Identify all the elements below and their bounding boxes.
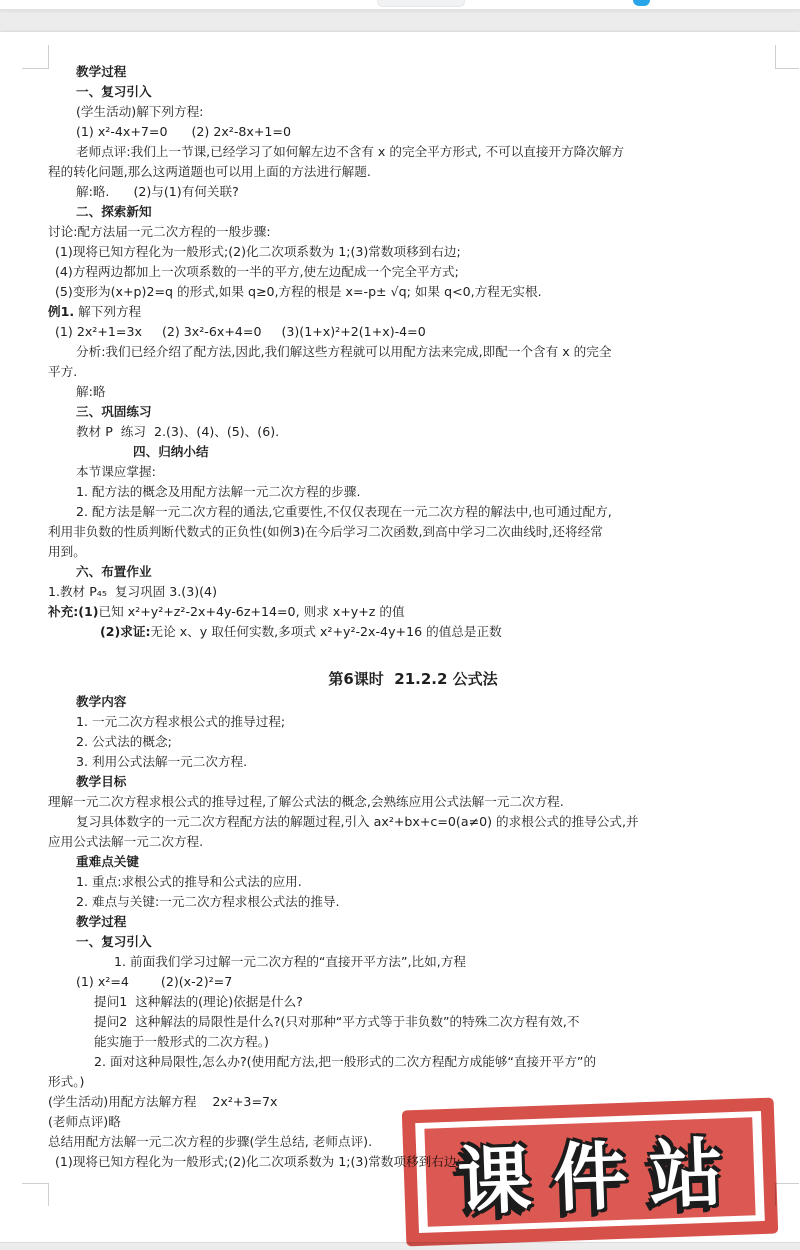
doc-line: 1. 重点:求根公式的推导和公式法的应用. — [48, 872, 778, 892]
doc-line: (1) 2x²+1=3x (2) 3x²-6x+4=0 (3)(1+x)²+2(… — [48, 322, 778, 342]
doc-line: 理解一元二次方程求根公式的推导过程,了解公式法的概念,会熟练应用公式法解一元二次… — [48, 792, 778, 812]
doc-line: 二、探索新知 — [48, 202, 778, 222]
doc-line: 复习具体数字的一元二次方程配方法的解题过程,引入 ax²+bx+c=0(a≠0)… — [48, 812, 778, 832]
doc-line: 解:略. (2)与(1)有何关联? — [48, 182, 778, 202]
text-boundary-mark-top-right — [775, 45, 799, 69]
doc-line: 六、布置作业 — [48, 562, 778, 582]
lesson-title: 第6课时 21.2.2 公式法 — [48, 666, 778, 692]
doc-line: 用到。 — [48, 542, 778, 562]
doc-line-bold-prefix: (2)求证: — [100, 624, 151, 639]
doc-line: 教学内容 — [48, 692, 778, 712]
doc-line: 分析:我们已经介绍了配方法,因此,我们解这些方程就可以用配方法来完成,即配一个含… — [48, 342, 778, 362]
bottom-strip — [0, 1242, 800, 1250]
doc-line: 补充:(1)已知 x²+y²+z²-2x+4y-6z+14=0, 则求 x+y+… — [48, 602, 778, 622]
doc-line: (5)变形为(x+p)2=q 的形式,如果 q≥0,方程的根是 x=-p± √q… — [48, 282, 778, 302]
text-boundary-mark-bottom-right — [775, 1183, 799, 1206]
doc-line: 教学目标 — [48, 772, 778, 792]
doc-line: (1) x²=4 (2)(x-2)²=7 — [48, 972, 778, 992]
doc-line: 提问2 这种解法的局限性是什么?(只对那种“平方式等于非负数”的特殊二次方程有效… — [48, 1012, 778, 1032]
doc-line: 提问1 这种解法的(理论)依据是什么? — [48, 992, 778, 1012]
doc-line: 利用非负数的性质判断代数式的正负性(如例3)在今后学习二次函数,到高中学习二次曲… — [48, 522, 778, 542]
doc-line: 四、归纳小结 — [48, 442, 778, 462]
doc-line: 2. 配方法是解一元二次方程的通法,它重要性,不仅仅表现在一元二次方程的解法中,… — [48, 502, 778, 522]
search-box-fragment[interactable] — [377, 0, 465, 7]
doc-line: 平方. — [48, 362, 778, 382]
top-toolbar — [0, 0, 800, 10]
document-page: 教学过程一、复习引入(学生活动)解下列方程:(1) x²-4x+7=0 (2) … — [0, 32, 800, 1242]
doc-line: 例1. 解下列方程 — [48, 302, 778, 322]
doc-line: 一、复习引入 — [48, 82, 778, 102]
doc-line: 教材 P 练习 2.(3)、(4)、(5)、(6). — [48, 422, 778, 442]
doc-line: 2. 面对这种局限性,怎么办?(使用配方法,把一般形式的二次方程配方成能够“直接… — [48, 1052, 778, 1072]
kejianzhan-stamp: 课件站 — [402, 1098, 779, 1247]
doc-line: 能实施于一般形式的二次方程。) — [48, 1032, 778, 1052]
doc-line: 1.教材 P₄₅ 复习巩固 3.(3)(4) — [48, 582, 778, 602]
doc-line: 一、复习引入 — [48, 932, 778, 952]
doc-line: (1)现将已知方程化为一般形式;(2)化二次项系数为 1;(3)常数项移到右边; — [48, 242, 778, 262]
doc-line: (1) x²-4x+7=0 (2) 2x²-8x+1=0 — [48, 122, 778, 142]
doc-line: (学生活动)解下列方程: — [48, 102, 778, 122]
doc-line: 3. 利用公式法解一元二次方程. — [48, 752, 778, 772]
doc-line: 解:略 — [48, 382, 778, 402]
blue-button-fragment[interactable] — [633, 0, 650, 6]
doc-line-bold-prefix: 例1. — [48, 304, 74, 319]
text-boundary-mark-top-left — [22, 45, 49, 69]
document-content: 教学过程一、复习引入(学生活动)解下列方程:(1) x²-4x+7=0 (2) … — [48, 62, 778, 1172]
text-boundary-mark-bottom-left — [22, 1183, 49, 1206]
doc-line-bold-prefix: 补充:(1) — [48, 604, 99, 619]
doc-line: 2. 难点与关键:一元二次方程求根公式法的推导. — [48, 892, 778, 912]
doc-line: 教学过程 — [48, 62, 778, 82]
doc-line: 教学过程 — [48, 912, 778, 932]
doc-line: (2)求证:无论 x、y 取任何实数,多项式 x²+y²-2x-4y+16 的值… — [48, 622, 778, 642]
doc-line: 老师点评:我们上一节课,已经学习了如何解左边不含有 x 的完全平方形式, 不可以… — [48, 142, 778, 162]
doc-line: 本节课应掌握: — [48, 462, 778, 482]
doc-line: 重难点关键 — [48, 852, 778, 872]
doc-line: 1. 前面我们学习过解一元二次方程的“直接开平方法”,比如,方程 — [48, 952, 778, 972]
doc-line: 1. 配方法的概念及用配方法解一元二次方程的步骤. — [48, 482, 778, 502]
doc-line: 1. 一元二次方程求根公式的推导过程; — [48, 712, 778, 732]
screen: 教学过程一、复习引入(学生活动)解下列方程:(1) x²-4x+7=0 (2) … — [0, 0, 800, 1250]
doc-line: 2. 公式法的概念; — [48, 732, 778, 752]
stamp-fill: 课件站 — [424, 1117, 755, 1226]
doc-line: (4)方程两边都加上一次项系数的一半的平方,使左边配成一个完全平方式; — [48, 262, 778, 282]
doc-line: 三、巩固练习 — [48, 402, 778, 422]
paragraph-spacer — [48, 642, 778, 666]
stamp-text: 课件站 — [433, 1117, 747, 1226]
doc-line: 程的转化问题,那么这两道题也可以用上面的方法进行解题. — [48, 162, 778, 182]
doc-line: 讨论:配方法届一元二次方程的一般步骤: — [48, 222, 778, 242]
doc-line: 应用公式法解一元二次方程. — [48, 832, 778, 852]
doc-line: 形式。) — [48, 1072, 778, 1092]
